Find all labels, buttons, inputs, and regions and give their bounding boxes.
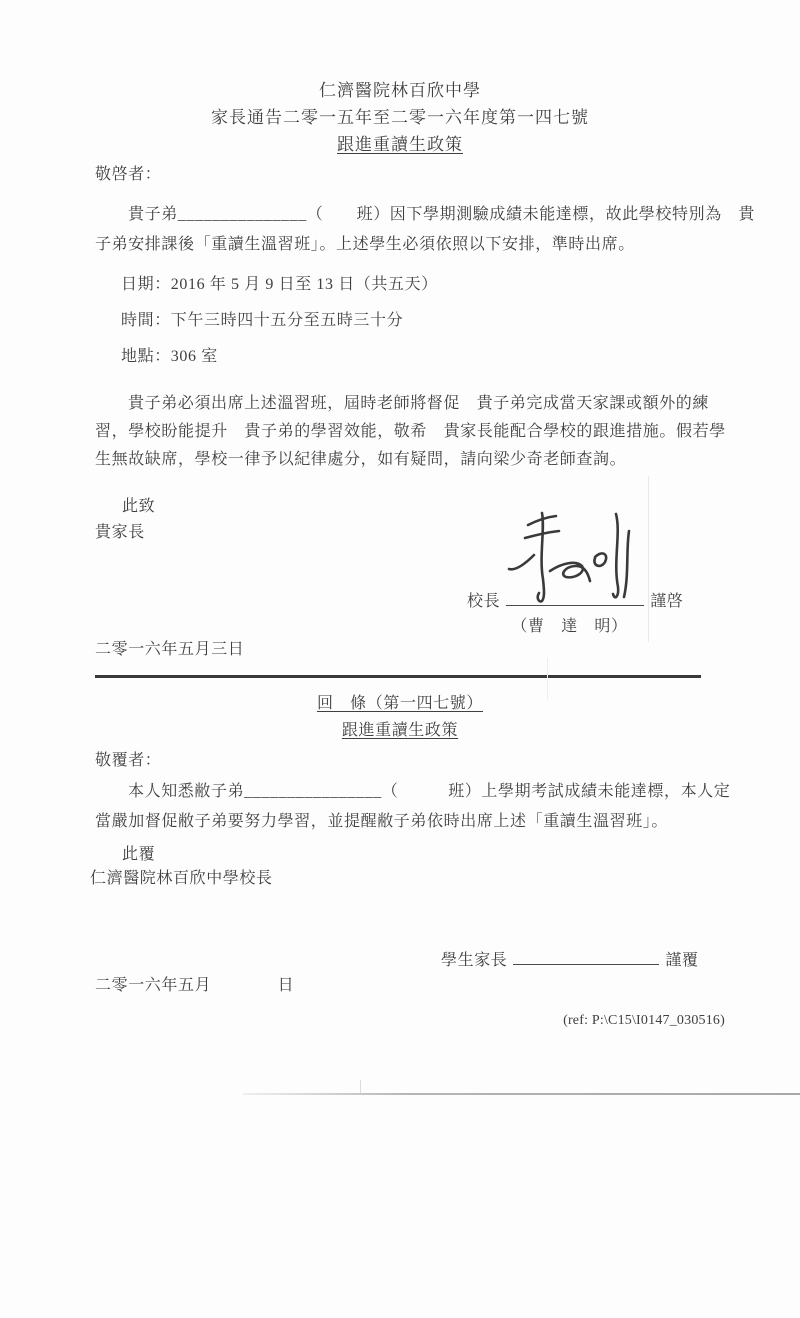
salutation: 敬啓者：: [95, 161, 161, 184]
reply-addressee: 仁濟醫院林百欣中學校長: [90, 865, 273, 888]
reply-date: 二零一六年五月 日: [95, 972, 294, 995]
reply-heading2-text: 跟進重讀生政策: [342, 722, 458, 739]
paragraph1-line2: 子弟安排課後「重讀生溫習班」。上述學生必須依照以下安排，準時出席。: [95, 231, 635, 254]
scan-scratch-line: [547, 658, 548, 700]
letter-date: 二零一六年五月三日: [95, 636, 244, 659]
parent-signoff: 學生家長 謹覆: [441, 947, 699, 970]
parent-label: 學生家長: [441, 947, 507, 970]
scan-paper-corner-line: [360, 1080, 361, 1094]
school-name: 仁濟醫院林百欣中學: [0, 76, 800, 101]
file-reference: (ref: P:\C15\I0147_030516): [535, 1013, 725, 1029]
detail-date: 日期：2016 年 5 月 9 日至 13 日（共五天）: [121, 271, 438, 294]
paragraph1-line1: 貴子弟_______________（ 班）因下學期測驗成績未能達標，故此學校特…: [95, 201, 755, 224]
reply-heading1-text: 回 條（第一四七號）: [317, 695, 483, 712]
subject-title: 跟進重讀生政策: [0, 130, 800, 155]
reply-salutation: 敬覆者：: [95, 747, 161, 770]
closing-cizhi: 此致: [122, 493, 155, 516]
detail-time: 時間：下午三時四十五分至五時三十分: [121, 307, 403, 330]
scan-scratch-line: [648, 476, 649, 642]
tear-off-divider: [95, 675, 701, 678]
reply-heading1: 回 條（第一四七號）: [0, 690, 800, 713]
reply-cifu: 此覆: [122, 841, 155, 864]
principal-label: 校長: [467, 588, 500, 611]
closing-recipient: 貴家長: [95, 519, 145, 542]
subject-title-text: 跟進重讀生政策: [337, 135, 463, 154]
principal-suffix: 謹啓: [650, 588, 683, 611]
scan-paper-bottom-edge: [243, 1093, 800, 1095]
paragraph2-line3: 生無故缺席，學校一律予以紀律處分，如有疑問，請向梁少奇老師查詢。: [95, 446, 626, 469]
reply-heading2: 跟進重讀生政策: [0, 717, 800, 740]
reply-paragraph-line2: 當嚴加督促敝子弟要努力學習，並提醒敝子弟依時出席上述「重讀生溫習班」。: [95, 808, 668, 831]
detail-venue: 地點：306 室: [121, 343, 218, 366]
paragraph2-line1: 貴子弟必須出席上述溫習班，屆時老師將督促 貴子弟完成當天家課或額外的練: [95, 390, 709, 413]
scanned-notice-page: 仁濟醫院林百欣中學 家長通告二零一五年至二零一六年度第一四七號 跟進重讀生政策 …: [0, 0, 800, 1318]
principal-signature-line: [506, 605, 644, 606]
principal-signoff: 校長 謹啓: [467, 588, 683, 611]
parent-signature-line: [513, 964, 659, 965]
paragraph2-line2: 習，學校盼能提升 貴子弟的學習效能，敬希 貴家長能配合學校的跟進措施。假若學: [95, 418, 726, 441]
principal-name: （曹 達 明）: [497, 613, 642, 636]
notice-number-line: 家長通告二零一五年至二零一六年度第一四七號: [0, 103, 800, 128]
parent-suffix: 謹覆: [665, 947, 698, 970]
reply-paragraph-line1: 本人知悉敝子弟________________（ 班）上學期考試成績未能達標，本…: [95, 778, 730, 801]
